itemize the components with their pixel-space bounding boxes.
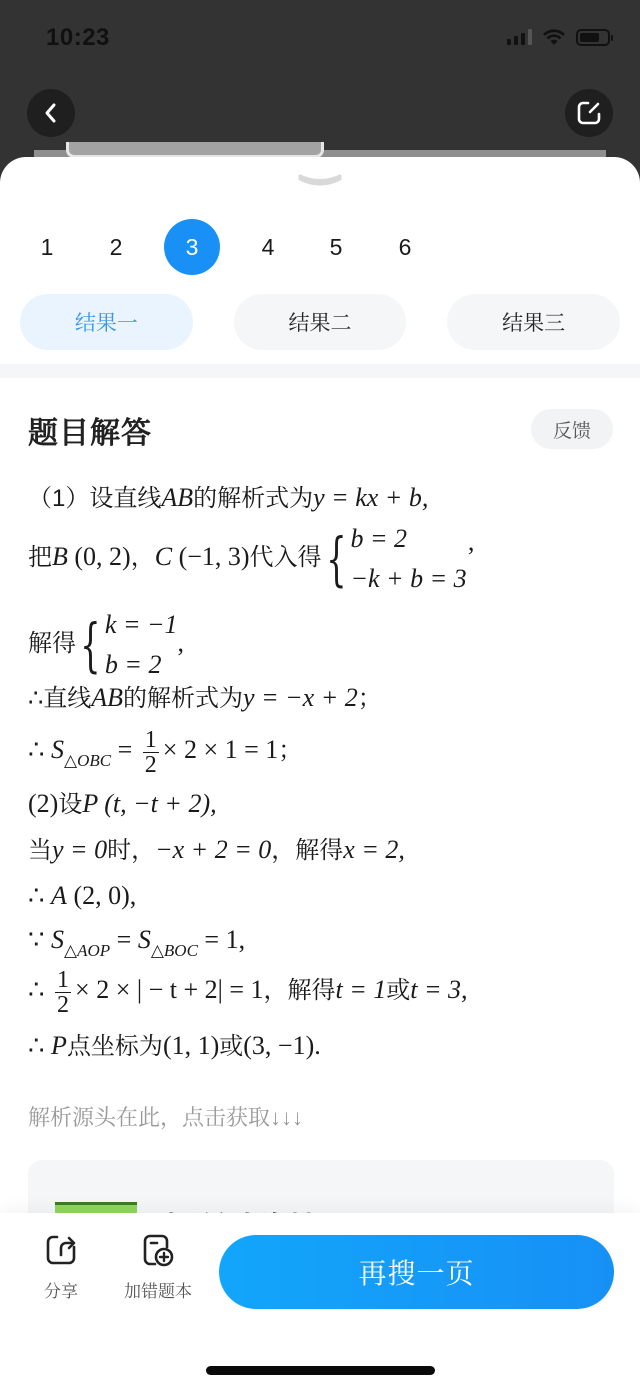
wifi-icon (542, 28, 566, 46)
result-tabs: 结果一 结果二 结果三 (20, 294, 620, 350)
solution-line-7: 当y = 0时，−x + 2 = 0，解得x = 2, (28, 835, 405, 866)
brace-icon: { (80, 616, 100, 674)
page-tab-4[interactable]: 4 (240, 219, 296, 275)
feedback-button[interactable]: 反馈 (531, 409, 613, 449)
search-again-button[interactable]: 再搜一页 (219, 1235, 614, 1309)
add-mistake-label: 加错题本 (124, 1277, 192, 1302)
status-bar: 10:23 (0, 0, 640, 80)
back-button[interactable] (27, 89, 75, 137)
brace-icon: { (326, 530, 346, 588)
page-tab-3[interactable]: 3 (164, 219, 220, 275)
solution-line-1: （1）设直线AB的解析式为y = kx + b, (28, 483, 428, 514)
chevron-down-icon[interactable] (297, 173, 343, 187)
status-time: 10:23 (46, 24, 110, 52)
page-tabs: 1 2 3 4 5 6 (0, 219, 640, 275)
section-title: 题目解答 (28, 408, 152, 452)
result-sheet: 1 2 3 4 5 6 结果一 结果二 结果三 题目解答 反馈 （1）设直线AB… (0, 157, 640, 1388)
share-label: 分享 (44, 1277, 78, 1302)
page-tab-1[interactable]: 1 (19, 219, 75, 275)
page-tab-6[interactable]: 6 (377, 219, 433, 275)
solution-line-9: ∵ S△AOP = S△BOC = 1, (28, 925, 245, 966)
share-button[interactable]: 分享 (38, 1233, 84, 1302)
section-divider (0, 364, 640, 378)
fraction: 12 (143, 728, 159, 777)
solution-line-8: ∴ A (2, 0), (28, 881, 136, 911)
result-tab-3[interactable]: 结果三 (447, 294, 620, 350)
battery-icon (576, 29, 610, 46)
equation-system: {k = −1b = 2 (76, 605, 178, 685)
solution-line-11: ∴ P点坐标为(1, 1)或(3, −1). (28, 1031, 321, 1062)
equation-system: {b = 2−k + b = 3 (322, 519, 467, 599)
add-to-notebook-icon (142, 1233, 174, 1267)
signal-icon (507, 29, 532, 45)
bottom-bar: 分享 加错题本 再搜一页 (0, 1213, 640, 1388)
solution-line-6: (2)设P (t, −t + 2), (28, 789, 217, 820)
fraction: 12 (55, 968, 71, 1017)
page-tab-5[interactable]: 5 (308, 219, 364, 275)
add-mistake-button[interactable]: 加错题本 (120, 1233, 196, 1302)
share-icon (45, 1233, 77, 1267)
solution-line-4: ∴直线AB的解析式为y = −x + 2； (28, 683, 382, 714)
solution-line-3: 解得{k = −1b = 2, (28, 605, 184, 685)
edit-button[interactable] (565, 89, 613, 137)
result-tab-2[interactable]: 结果二 (234, 294, 407, 350)
solution-line-2: 把B (0, 2)，C (−1, 3)代入得{b = 2−k + b = 3’ (28, 519, 475, 599)
page-tab-2[interactable]: 2 (88, 219, 144, 275)
status-icons (507, 28, 610, 46)
solution-line-5: ∴ S△OBC = 12× 2 × 1 = 1； (28, 725, 302, 786)
edit-square-icon (576, 100, 602, 126)
photo-crop-frame (66, 142, 324, 158)
result-tab-1[interactable]: 结果一 (20, 294, 193, 350)
source-hint[interactable]: 解析源头在此，点击获取↓↓↓ (28, 1101, 303, 1132)
solution-line-10: ∴ 12× 2 × | − t + 2| = 1，解得t = 1或t = 3, (28, 965, 468, 1017)
home-indicator[interactable] (206, 1366, 435, 1375)
chevron-left-icon (41, 101, 61, 125)
